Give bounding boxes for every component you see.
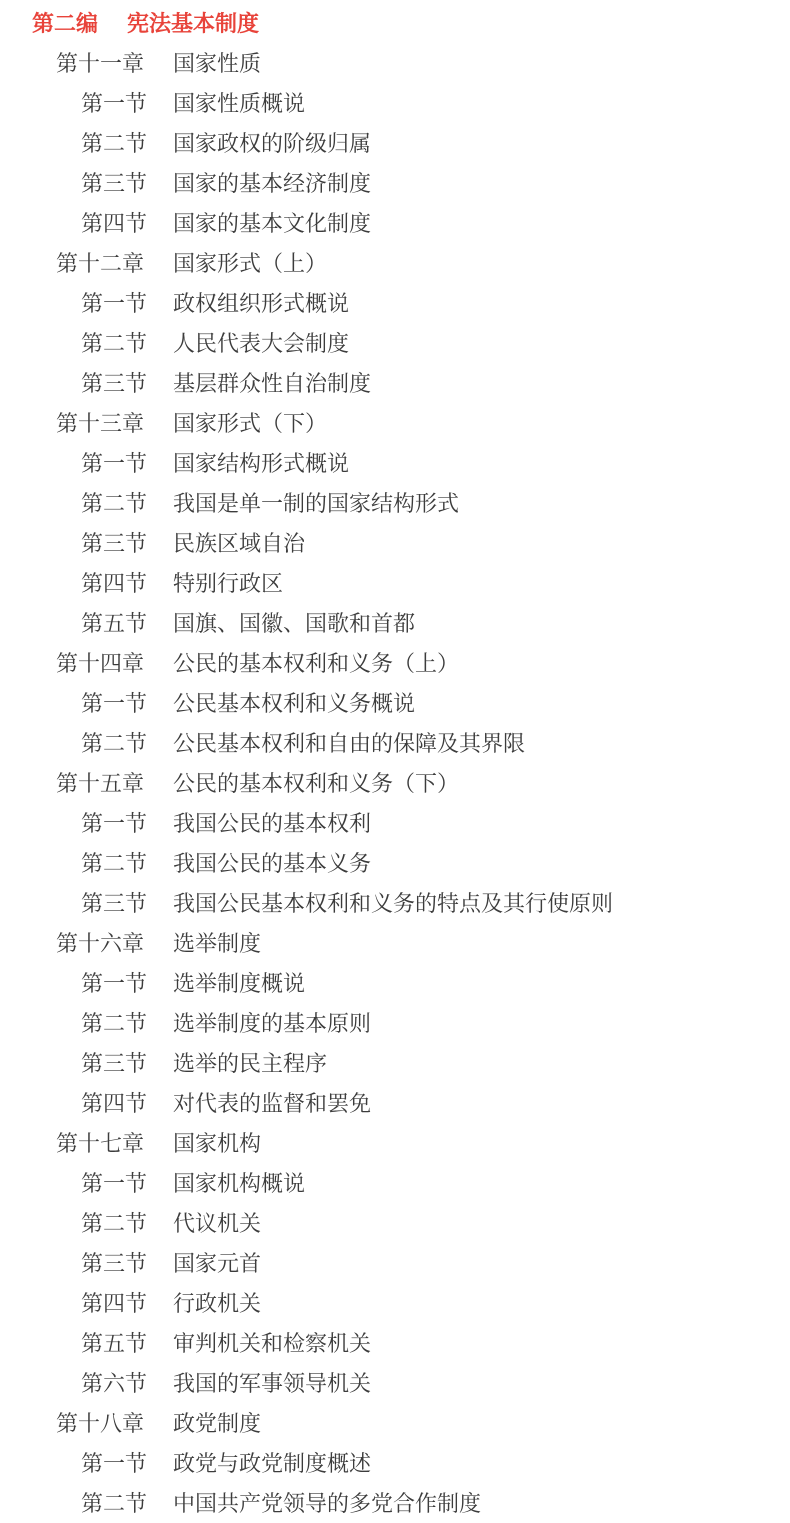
toc-entry-title: 国家性质概说: [173, 84, 305, 124]
toc-entry: 第三节基层群众性自治制度: [0, 364, 790, 404]
toc-entry-label: 第一节: [81, 684, 147, 724]
toc-entry-title: 公民的基本权利和义务（上）: [173, 644, 459, 684]
toc-entry-title: 选举制度的基本原则: [173, 1004, 371, 1044]
toc-entry-label: 第十六章: [56, 924, 144, 964]
toc-entry: 第四节特别行政区: [0, 564, 790, 604]
toc-entry-title: 代议机关: [173, 1204, 261, 1244]
toc-entry-label: 第六节: [81, 1364, 147, 1404]
toc-entry-label: 第十二章: [56, 244, 144, 284]
toc-entry-label: 第一节: [81, 284, 147, 324]
toc-entry: 第一节公民基本权利和义务概说: [0, 684, 790, 724]
toc-entry: 第三节民族区域自治: [0, 524, 790, 564]
toc-entry-title: 国家的基本文化制度: [173, 204, 371, 244]
toc-entry-label: 第一节: [81, 964, 147, 1004]
toc-entry-title: 我国是单一制的国家结构形式: [173, 484, 459, 524]
toc-entry-title: 选举制度: [173, 924, 261, 964]
toc-entry: 第四节行政机关: [0, 1284, 790, 1324]
toc-entry: 第三节我国公民基本权利和义务的特点及其行使原则: [0, 884, 790, 924]
toc-entry: 第十四章公民的基本权利和义务（上）: [0, 644, 790, 684]
toc-entry: 第二节我国公民的基本义务: [0, 844, 790, 884]
toc-entry: 第一节国家性质概说: [0, 84, 790, 124]
toc-entry-title: 公民的基本权利和义务（下）: [173, 764, 459, 804]
toc-entry-label: 第三节: [81, 1244, 147, 1284]
toc-entry-title: 中国共产党领导的多党合作制度: [173, 1484, 481, 1523]
toc-entry-title: 我国的军事领导机关: [173, 1364, 371, 1404]
toc-entry-label: 第二节: [81, 1204, 147, 1244]
toc-entry: 第一节政党与政党制度概述: [0, 1444, 790, 1484]
toc-entry-label: 第二节: [81, 124, 147, 164]
toc-entry: 第二节代议机关: [0, 1204, 790, 1244]
toc-entry: 第十三章国家形式（下）: [0, 404, 790, 444]
toc-entry: 第十七章国家机构: [0, 1124, 790, 1164]
toc-entry: 第十六章选举制度: [0, 924, 790, 964]
toc-entry-title: 我国公民的基本义务: [173, 844, 371, 884]
toc-entry-list: 第十一章国家性质第一节国家性质概说第二节国家政权的阶级归属第三节国家的基本经济制…: [0, 44, 790, 1523]
toc-entry-title: 选举制度概说: [173, 964, 305, 1004]
toc-entry-title: 国家形式（上）: [173, 244, 327, 284]
toc-entry: 第十五章公民的基本权利和义务（下）: [0, 764, 790, 804]
part-heading-title: 宪法基本制度: [127, 4, 259, 44]
toc-entry-title: 国家机构概说: [173, 1164, 305, 1204]
toc-entry-title: 政权组织形式概说: [173, 284, 349, 324]
toc-entry-label: 第十三章: [56, 404, 144, 444]
toc-entry-label: 第二节: [81, 844, 147, 884]
toc-entry: 第四节国家的基本文化制度: [0, 204, 790, 244]
toc-entry-label: 第三节: [81, 164, 147, 204]
toc-entry: 第三节选举的民主程序: [0, 1044, 790, 1084]
toc-entry-title: 选举的民主程序: [173, 1044, 327, 1084]
toc-entry-title: 国旗、国徽、国歌和首都: [173, 604, 415, 644]
toc-entry-label: 第二节: [81, 484, 147, 524]
toc-entry-label: 第一节: [81, 1164, 147, 1204]
toc-entry-title: 政党制度: [173, 1404, 261, 1444]
toc-entry-label: 第二节: [81, 724, 147, 764]
toc-entry-title: 公民基本权利和自由的保障及其界限: [173, 724, 525, 764]
part-heading: 第二编 宪法基本制度: [0, 4, 790, 44]
part-heading-label: 第二编: [32, 4, 98, 44]
toc-entry-title: 国家元首: [173, 1244, 261, 1284]
toc-entry-label: 第四节: [81, 204, 147, 244]
toc-entry: 第二节我国是单一制的国家结构形式: [0, 484, 790, 524]
toc-entry: 第五节国旗、国徽、国歌和首都: [0, 604, 790, 644]
toc-entry-title: 民族区域自治: [173, 524, 305, 564]
toc-entry-title: 我国公民的基本权利: [173, 804, 371, 844]
toc-entry-label: 第三节: [81, 1044, 147, 1084]
toc-entry-title: 政党与政党制度概述: [173, 1444, 371, 1484]
toc-entry-title: 审判机关和检察机关: [173, 1324, 371, 1364]
toc-entry-label: 第三节: [81, 524, 147, 564]
toc-entry-title: 国家结构形式概说: [173, 444, 349, 484]
toc-entry-label: 第三节: [81, 884, 147, 924]
toc-entry-title: 国家政权的阶级归属: [173, 124, 371, 164]
toc-entry-label: 第十八章: [56, 1404, 144, 1444]
toc-entry: 第一节国家机构概说: [0, 1164, 790, 1204]
toc-entry-label: 第二节: [81, 1004, 147, 1044]
toc-entry-label: 第四节: [81, 564, 147, 604]
toc-entry: 第十二章国家形式（上）: [0, 244, 790, 284]
toc-entry: 第六节我国的军事领导机关: [0, 1364, 790, 1404]
toc-entry: 第一节我国公民的基本权利: [0, 804, 790, 844]
toc-entry-label: 第五节: [81, 1324, 147, 1364]
toc-entry: 第二节人民代表大会制度: [0, 324, 790, 364]
toc-entry-label: 第一节: [81, 444, 147, 484]
toc-entry: 第一节国家结构形式概说: [0, 444, 790, 484]
toc-entry-label: 第十五章: [56, 764, 144, 804]
toc-entry-title: 国家的基本经济制度: [173, 164, 371, 204]
toc-entry-label: 第五节: [81, 604, 147, 644]
toc-entry-title: 国家性质: [173, 44, 261, 84]
toc-entry-label: 第一节: [81, 804, 147, 844]
toc-entry-label: 第一节: [81, 84, 147, 124]
table-of-contents: 第二编 宪法基本制度 第十一章国家性质第一节国家性质概说第二节国家政权的阶级归属…: [0, 0, 790, 1523]
toc-entry-title: 人民代表大会制度: [173, 324, 349, 364]
toc-entry-label: 第二节: [81, 1484, 147, 1523]
toc-entry-label: 第十七章: [56, 1124, 144, 1164]
toc-entry-label: 第二节: [81, 324, 147, 364]
toc-entry: 第二节中国共产党领导的多党合作制度: [0, 1484, 790, 1523]
toc-entry-title: 行政机关: [173, 1284, 261, 1324]
toc-entry: 第二节选举制度的基本原则: [0, 1004, 790, 1044]
toc-entry: 第五节审判机关和检察机关: [0, 1324, 790, 1364]
toc-entry-label: 第四节: [81, 1284, 147, 1324]
toc-entry-title: 公民基本权利和义务概说: [173, 684, 415, 724]
toc-entry-label: 第一节: [81, 1444, 147, 1484]
toc-entry: 第一节政权组织形式概说: [0, 284, 790, 324]
toc-entry: 第三节国家的基本经济制度: [0, 164, 790, 204]
toc-entry: 第二节国家政权的阶级归属: [0, 124, 790, 164]
toc-entry-title: 对代表的监督和罢免: [173, 1084, 371, 1124]
toc-entry-title: 我国公民基本权利和义务的特点及其行使原则: [173, 884, 613, 924]
toc-entry: 第二节公民基本权利和自由的保障及其界限: [0, 724, 790, 764]
toc-entry: 第四节对代表的监督和罢免: [0, 1084, 790, 1124]
toc-entry-label: 第十一章: [56, 44, 144, 84]
toc-entry-label: 第四节: [81, 1084, 147, 1124]
toc-entry: 第十八章政党制度: [0, 1404, 790, 1444]
toc-entry: 第一节选举制度概说: [0, 964, 790, 1004]
toc-entry: 第三节国家元首: [0, 1244, 790, 1284]
toc-entry-label: 第三节: [81, 364, 147, 404]
toc-entry-title: 国家形式（下）: [173, 404, 327, 444]
toc-entry: 第十一章国家性质: [0, 44, 790, 84]
toc-entry-title: 国家机构: [173, 1124, 261, 1164]
toc-entry-label: 第十四章: [56, 644, 144, 684]
toc-entry-title: 基层群众性自治制度: [173, 364, 371, 404]
toc-entry-title: 特别行政区: [173, 564, 283, 604]
